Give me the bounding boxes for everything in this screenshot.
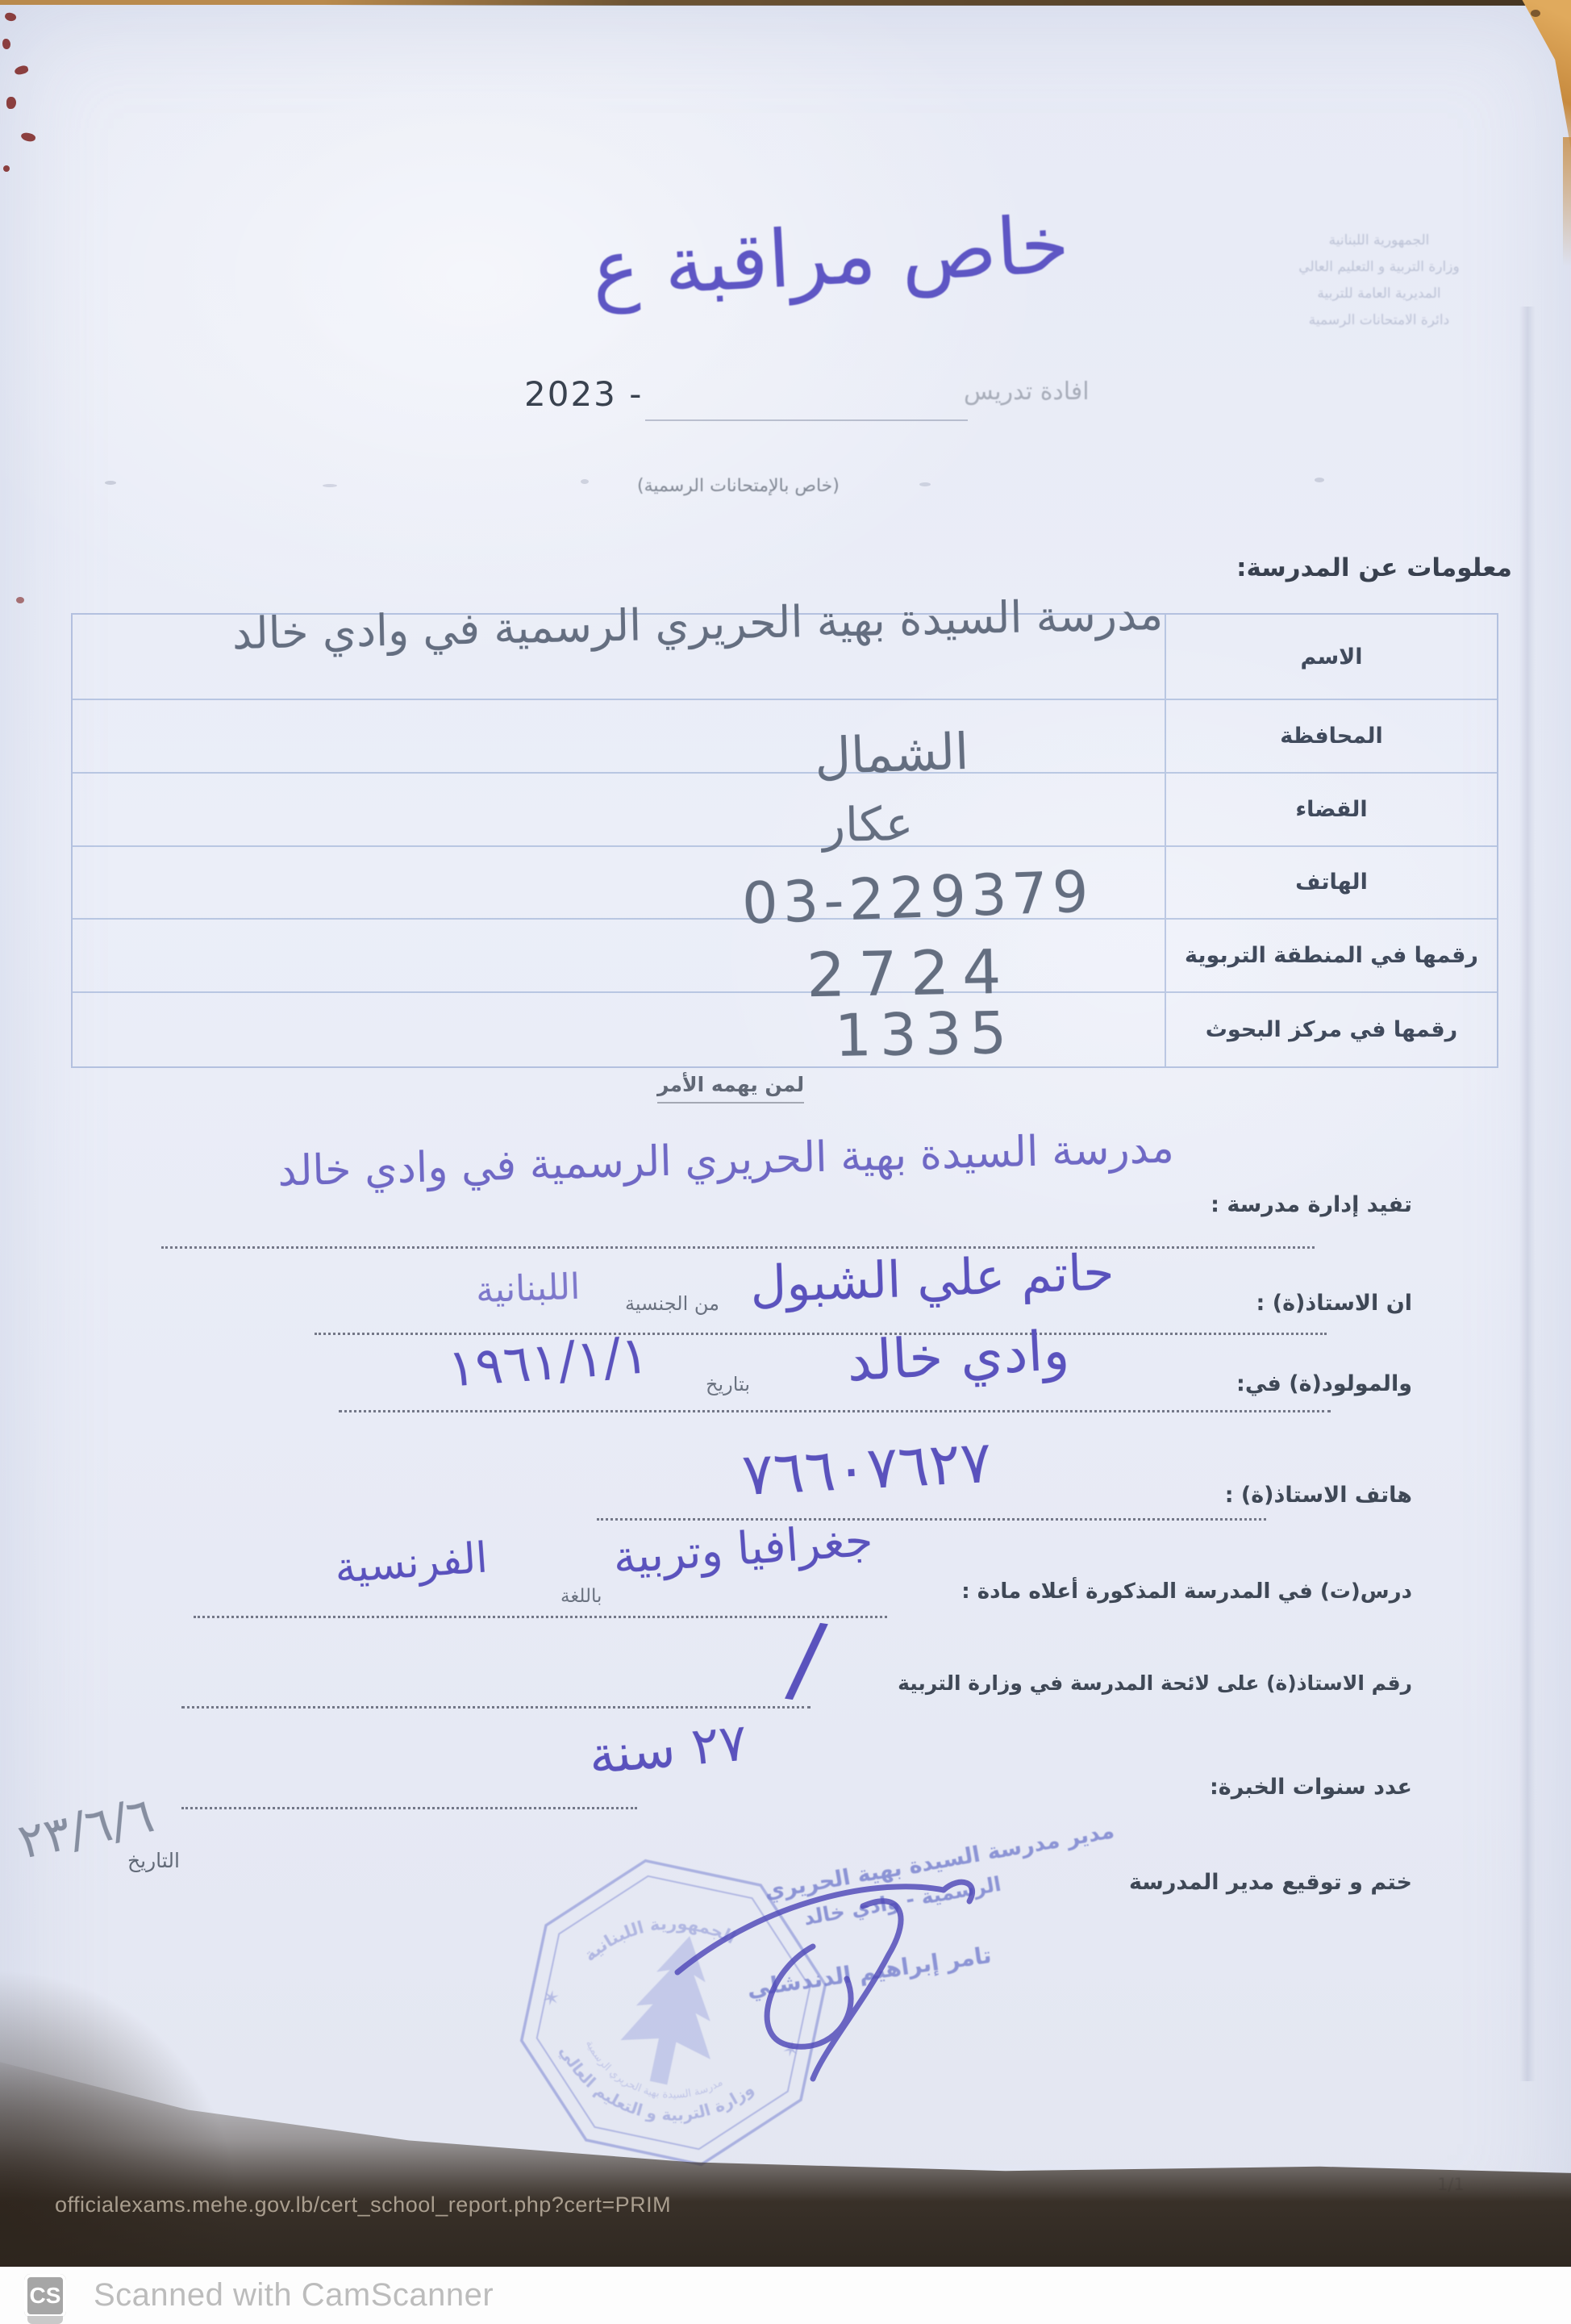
- dotted-line: [597, 1518, 1266, 1521]
- hw-nationality: اللبنانية: [475, 1266, 581, 1311]
- table-label: رقمها في مركز البحوث: [1165, 993, 1497, 1066]
- table-value-cell: [73, 774, 1165, 847]
- label-birth: والمولود(ة) في:: [1236, 1371, 1412, 1396]
- svg-text:✶: ✶: [540, 1985, 562, 2013]
- label-stamp-signature: ختم و توقيع مدير المدرسة: [1129, 1870, 1412, 1895]
- letterhead-line: دائرة الامتحانات الرسمية: [1254, 307, 1504, 334]
- hw-governorate: الشمال: [814, 722, 970, 786]
- letterhead-line: وزارة التربية و التعليم العالي: [1254, 254, 1504, 281]
- camscanner-logo-tab: [27, 2316, 63, 2324]
- dotted-line: [161, 1246, 1315, 1249]
- dotted-line: [315, 1333, 1327, 1335]
- year-text: 2023 -: [524, 374, 643, 414]
- hw-teacher-phone: ٧٦٦٠٧٦٢٧: [740, 1428, 993, 1508]
- dotted-line: [181, 1706, 811, 1709]
- table-label: رقمها في المنطقة التربوية: [1165, 920, 1497, 993]
- ink-smudge: [1315, 478, 1324, 482]
- camscanner-caption: Scanned with CamScanner: [94, 2277, 494, 2314]
- ink-smudge: [105, 481, 116, 485]
- table-label: القضاء: [1165, 774, 1497, 847]
- camscanner-footer: CS Scanned with CamScanner: [0, 2267, 1571, 2324]
- letterhead: الجمهورية اللبنانية وزارة التربية و التع…: [1254, 227, 1504, 335]
- label-experience: عدد سنوات الخبرة:: [1210, 1775, 1412, 1800]
- label-teacher-phone: هاتف الاستاذ(ة) :: [1225, 1483, 1412, 1508]
- table-label: المحافظة: [1165, 700, 1497, 774]
- letterhead-line: المديرية العامة للتربية: [1254, 281, 1504, 307]
- ink-speck: [2, 39, 10, 49]
- ink-speck: [3, 165, 10, 172]
- letterhead-line: الجمهورية اللبنانية: [1254, 227, 1504, 254]
- scan-top-edge: [323, 0, 1571, 6]
- ink-speck: [1531, 10, 1540, 17]
- label-school-statement: تفيد إدارة مدرسة :: [1211, 1192, 1412, 1217]
- backdrop-edge-strip: [1563, 137, 1571, 266]
- dotted-line: [194, 1616, 887, 1618]
- ink-smudge: [581, 479, 589, 484]
- label-teacher: ان الاستاذ(ة) :: [1256, 1291, 1412, 1316]
- table-label: الهاتف: [1165, 847, 1497, 920]
- to-whom-heading: لمن يهمه الأمر: [657, 1073, 804, 1104]
- director-signature: [621, 1843, 992, 2109]
- label-nationality: من الجنسية: [625, 1292, 719, 1315]
- subject-line-faint: افادة تدريس: [964, 378, 1090, 406]
- label-subject: درس(ت) في المدرسة المذكورة أعلاه مادة :: [961, 1579, 1412, 1604]
- paper-fold-shadow: [1519, 307, 1536, 2081]
- label-date: التاريخ: [127, 1849, 180, 1872]
- hw-district: عكار: [822, 796, 913, 853]
- hw-phone: 03-229379: [741, 858, 1094, 937]
- hw-birth-place: وادي خالد: [845, 1319, 1071, 1394]
- table-value-cell: [73, 700, 1165, 774]
- label-birth-date: بتاريخ: [706, 1373, 750, 1396]
- school-info-heading: معلومات عن المدرسة:: [1246, 553, 1512, 582]
- dotted-line: [181, 1807, 637, 1809]
- ink-smudge: [323, 484, 337, 487]
- label-roster-number: رقم الاستاذ(ة) على لائحة المدرسة في وزار…: [898, 1671, 1412, 1695]
- scan-shadow-corner: [0, 1968, 242, 2267]
- camscanner-logo-icon: CS: [24, 2274, 66, 2318]
- dotted-line: [339, 1410, 1331, 1412]
- school-info-table: الاسم المحافظة القضاء الهاتف رقمها في ال…: [71, 613, 1498, 1068]
- hw-research-number: 1335: [834, 999, 1015, 1070]
- camscanner-logo-text: CS: [30, 2283, 61, 2309]
- exam-note: (خاص بالإمتحانات الرسمية): [637, 476, 840, 496]
- table-label: الاسم: [1165, 615, 1497, 700]
- ink-smudge: [919, 482, 931, 486]
- scanned-document: الجمهورية اللبنانية وزارة التربية و التع…: [0, 0, 1571, 2324]
- label-language: باللغة: [560, 1586, 602, 1607]
- subject-underline: [645, 419, 968, 421]
- scan-url: officialexams.mehe.gov.lb/cert_school_re…: [55, 2193, 671, 2218]
- ink-speck: [16, 597, 24, 603]
